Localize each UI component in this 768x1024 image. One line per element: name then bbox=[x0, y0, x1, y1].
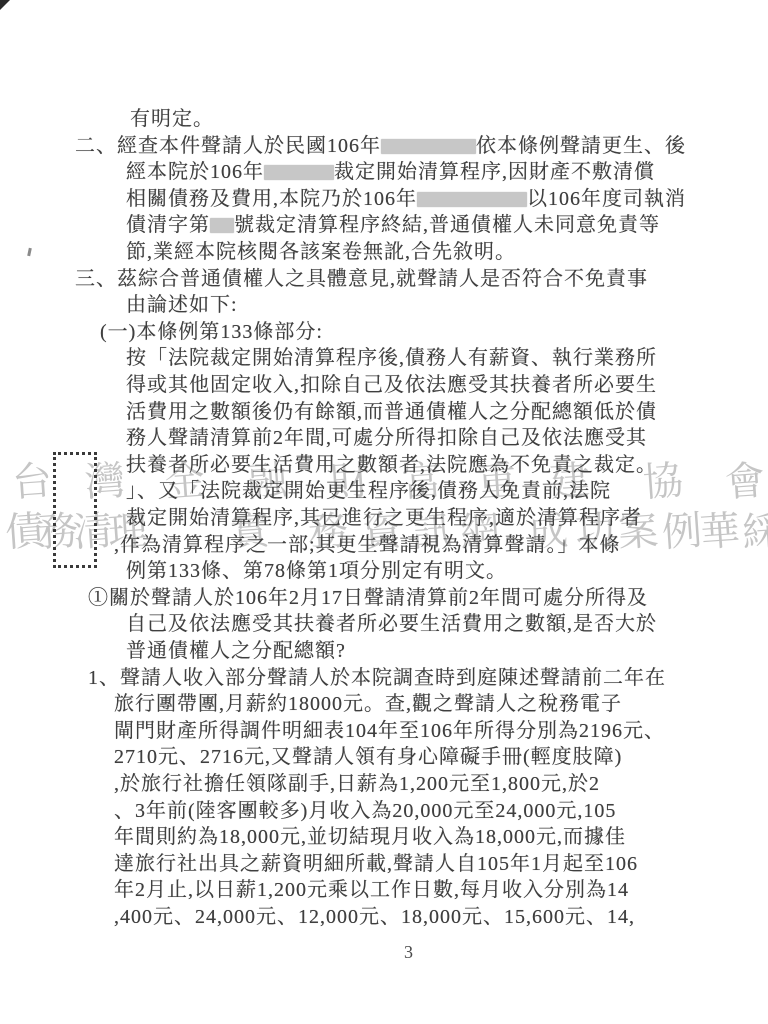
redaction-box bbox=[264, 165, 334, 180]
line-text: 裁定開始清算程序,因財產不敷清償 bbox=[334, 161, 655, 183]
line-text: 達旅行社出具之薪資明細所載,聲請人自105年1月起至106 bbox=[114, 853, 638, 875]
line-text: 普通債權人之分配總額? bbox=[126, 640, 346, 662]
document-line: 裁定開始清算程序,其已進行之更生程序,適於清算程序者 bbox=[126, 505, 642, 532]
document-line: 二、經查本件聲請人於民國106年依本條例聲請更生、後 bbox=[75, 133, 686, 160]
redaction-box bbox=[417, 192, 527, 207]
page-number: 3 bbox=[404, 942, 413, 963]
line-text: 裁定開始清算程序,其已進行之更生程序,適於清算程序者 bbox=[126, 507, 642, 529]
document-line: 自己及依法應受其扶養者所必要生活費用之數額,是否大於 bbox=[126, 611, 657, 638]
document-line: 2710元、2716元,又聲請人領有身心障礙手冊(輕度肢障) bbox=[114, 744, 622, 771]
line-text: 1、聲請人收入部分聲請人於本院調查時到庭陳述聲請前二年在 bbox=[88, 667, 666, 689]
document-line: 相關債務及費用,本院乃於106年以106年度司執消 bbox=[126, 186, 686, 213]
document-line: 按「法院裁定開始清算程序後,債務人有薪資、執行業務所 bbox=[126, 345, 657, 372]
scan-corner-artifact bbox=[0, 0, 10, 10]
line-text: 有明定。 bbox=[130, 108, 214, 130]
document-line: 由論述如下: bbox=[126, 292, 238, 319]
line-text: 得或其他固定收入,扣除自己及依法應受其扶養者所必要生 bbox=[126, 374, 657, 396]
document-line: 活費用之數額後仍有餘額,而普通債權人之分配總額低於債 bbox=[126, 399, 657, 426]
line-text: ,於旅行社擔任領隊副手,日薪為1,200元至1,800元,於2 bbox=[114, 773, 600, 795]
line-text: 按「法院裁定開始清算程序後,債務人有薪資、執行業務所 bbox=[126, 347, 657, 369]
line-text: ①關於聲請人於106年2月17日聲請清算前2年間可處分所得及 bbox=[88, 587, 648, 609]
line-text: 閘門財產所得調件明細表104年至106年所得分別為2196元、 bbox=[114, 720, 665, 742]
document-line: 經本院於106年裁定開始清算程序,因財產不敷清償 bbox=[126, 159, 655, 186]
document-line: 、3年前(陸客團較多)月收入為20,000元至24,000元,105 bbox=[114, 798, 616, 825]
document-line: 例第133條、第78條第1項分別定有明文。 bbox=[126, 558, 507, 585]
line-text: 三、茲綜合普通債權人之具體意見,就聲請人是否符合不免責事 bbox=[75, 268, 648, 290]
line-text: 務人聲請清算前2年間,可處分所得扣除自己及依法應受其 bbox=[126, 427, 647, 449]
line-text: ,400元、24,000元、12,000元、18,000元、15,600元、14… bbox=[114, 906, 635, 928]
document-line: 」、又「法院裁定開始更生程序後,債務人免責前,法院 bbox=[126, 478, 611, 505]
document-line: 旅行團帶團,月薪約18000元。查,觀之聲請人之稅務電子 bbox=[114, 691, 622, 718]
line-text: 由論述如下: bbox=[126, 294, 238, 316]
line-text: ,作為清算程序之一部;其更生聲請視為清算聲請。」本條 bbox=[114, 534, 621, 556]
line-text: 」、又「法院裁定開始更生程序後,債務人免責前,法院 bbox=[126, 480, 611, 502]
document-line: 閘門財產所得調件明細表104年至106年所得分別為2196元、 bbox=[114, 718, 665, 745]
line-text: 自己及依法應受其扶養者所必要生活費用之數額,是否大於 bbox=[126, 613, 657, 635]
redaction-box bbox=[381, 139, 476, 154]
document-line: ,400元、24,000元、12,000元、18,000元、15,600元、14… bbox=[114, 904, 635, 931]
line-text: 相關債務及費用,本院乃於106年 bbox=[126, 188, 417, 210]
document-line: 1、聲請人收入部分聲請人於本院調查時到庭陳述聲請前二年在 bbox=[88, 665, 666, 692]
line-text: 旅行團帶團,月薪約18000元。查,觀之聲請人之稅務電子 bbox=[114, 693, 622, 715]
line-text: 年2月止,以日薪1,200元乘以工作日數,每月收入分別為14 bbox=[114, 879, 629, 901]
line-text: 、3年前(陸客團較多)月收入為20,000元至24,000元,105 bbox=[114, 800, 616, 822]
document-line: ①關於聲請人於106年2月17日聲請清算前2年間可處分所得及 bbox=[88, 585, 648, 612]
document-line: 務人聲請清算前2年間,可處分所得扣除自己及依法應受其 bbox=[126, 425, 647, 452]
line-text: 經本院於106年 bbox=[126, 161, 264, 183]
line-text: 二、經查本件聲請人於民國106年 bbox=[75, 135, 381, 157]
document-line: 達旅行社出具之薪資明細所載,聲請人自105年1月起至106 bbox=[114, 851, 638, 878]
line-text: 活費用之數額後仍有餘額,而普通債權人之分配總額低於債 bbox=[126, 401, 657, 423]
document-line: 年間則約為18,000元,並切結現月收入為18,000元,而據佳 bbox=[114, 824, 626, 851]
document-line: 得或其他固定收入,扣除自己及依法應受其扶養者所必要生 bbox=[126, 372, 657, 399]
document-line: 普通債權人之分配總額? bbox=[126, 638, 346, 665]
document-line: 節,業經本院核閱各該案卷無訛,合先敘明。 bbox=[126, 239, 516, 266]
line-text: 號裁定清算程序終結,普通債權人未同意免責等 bbox=[234, 214, 660, 236]
line-text: 依本條例聲請更生、後 bbox=[476, 135, 686, 157]
document-text: 有明定。二、經查本件聲請人於民國106年依本條例聲請更生、後經本院於106年裁定… bbox=[0, 0, 768, 1024]
line-text: 例第133條、第78條第1項分別定有明文。 bbox=[126, 560, 507, 582]
document-page: 台灣金融財富重建協會債務清理實務資訊網成功案例華綵 有明定。二、經查本件聲請人於… bbox=[0, 0, 768, 1024]
line-text: 節,業經本院核閱各該案卷無訛,合先敘明。 bbox=[126, 241, 516, 263]
document-line: ,作為清算程序之一部;其更生聲請視為清算聲請。」本條 bbox=[114, 532, 621, 559]
document-line: 有明定。 bbox=[130, 106, 214, 133]
document-line: 債清字第號裁定清算程序終結,普通債權人未同意免責等 bbox=[126, 212, 660, 239]
redaction-box bbox=[210, 218, 234, 233]
line-text: (一)本條例第133條部分: bbox=[100, 321, 323, 343]
document-line: ,於旅行社擔任領隊副手,日薪為1,200元至1,800元,於2 bbox=[114, 771, 600, 798]
line-text: 2710元、2716元,又聲請人領有身心障礙手冊(輕度肢障) bbox=[114, 746, 622, 768]
line-text: 債清字第 bbox=[126, 214, 210, 236]
line-text: 年間則約為18,000元,並切結現月收入為18,000元,而據佳 bbox=[114, 826, 626, 848]
line-text: 以106年度司執消 bbox=[527, 188, 686, 210]
document-line: (一)本條例第133條部分: bbox=[100, 319, 323, 346]
document-line: 三、茲綜合普通債權人之具體意見,就聲請人是否符合不免責事 bbox=[75, 266, 648, 293]
line-text: 扶養者所必要生活費用之數額者,法院應為不免責之裁定。 bbox=[126, 454, 657, 476]
document-line: 年2月止,以日薪1,200元乘以工作日數,每月收入分別為14 bbox=[114, 877, 629, 904]
document-line: 扶養者所必要生活費用之數額者,法院應為不免責之裁定。 bbox=[126, 452, 657, 479]
